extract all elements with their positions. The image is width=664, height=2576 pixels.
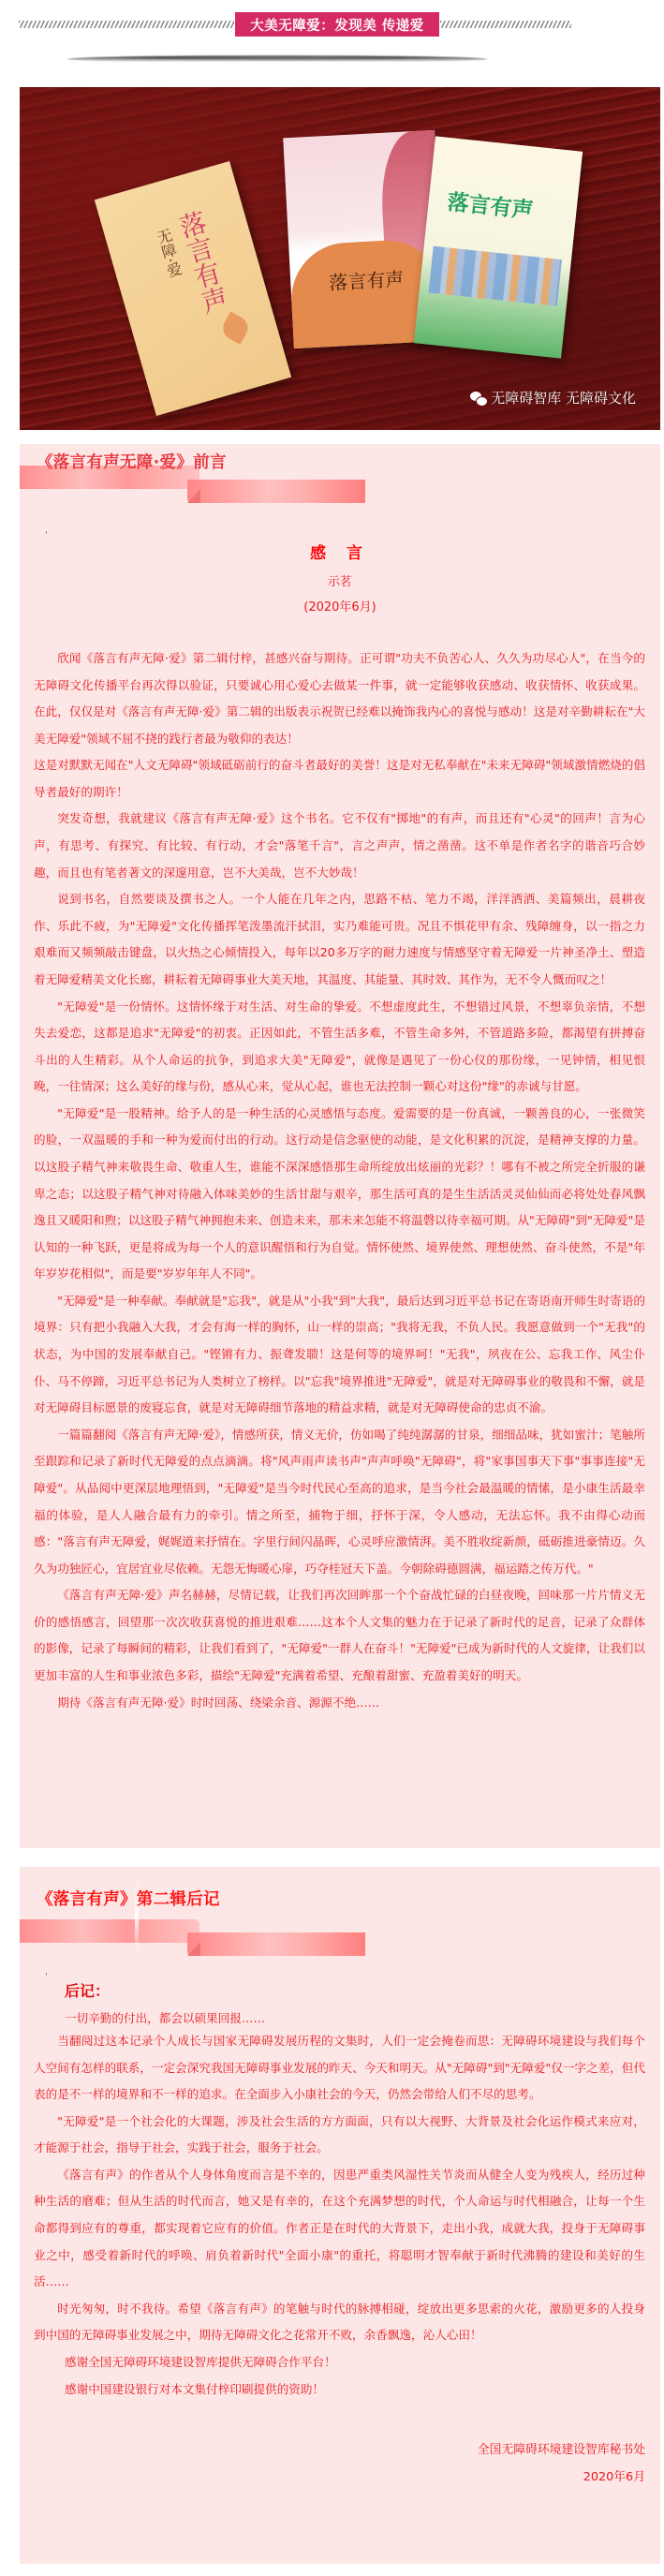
- thanks-line: 感谢全国无障碍环境建设智库提供无障碍合作平台！: [65, 2349, 660, 2376]
- banner-label: 大美无障爱：发现美 传递爱: [235, 12, 439, 37]
- paragraph: 当翻阅过这本记录个人成长与国家无障碍发展历程的文集时，人们一定会掩卷而思：无障碍…: [34, 2028, 645, 2109]
- ribbon-decoration: [20, 1919, 199, 1943]
- watermark-text: 无障碍智库 无障碍文化: [491, 388, 636, 407]
- paragraph: "无障爱"是一份情怀。这情怀缘于对生活、对生命的挚爱。不想虚度此生，不想错过风景…: [34, 994, 645, 1101]
- watermark: 无障碍智库 无障碍文化: [470, 388, 636, 407]
- maple-leaf-icon: [219, 311, 252, 344]
- paragraph: 《落言有声无障·爱》声名赫赫，尽情记载，让我们再次回眸那一个个奋战忙碌的白昼夜晚…: [34, 1582, 645, 1689]
- preface-title: 感 言: [20, 540, 660, 563]
- wechat-icon: [470, 392, 487, 405]
- top-banner: 大美无障爱：发现美 传递爱: [0, 11, 664, 39]
- book-cover-3: 落言有声: [414, 136, 583, 358]
- paragraph: "无障爱"是一种奉献。奉献就是"忘我"，就是从"小我"到"大我"，最后达到习近平…: [34, 1288, 645, 1422]
- preface-date: (2020年6月): [20, 597, 660, 614]
- preface-heading-block: 感 言 示茗 (2020年6月): [20, 540, 660, 614]
- paragraph: 突发奇想，我就建议《落言有声无障·爱》这个书名。它不仅有"掷地"的有声，而且还有…: [34, 806, 645, 886]
- preface-body: 欣闻《落言有声无障·爱》第二辑付梓，甚感兴奋与期待。正可谓"功夫不负苦心人、久久…: [20, 645, 660, 1716]
- paragraph: 时光匆匆，时不我待。希望《落言有声》的笔触与时代的脉搏相碰，绽放出更多思索的火花…: [34, 2296, 645, 2349]
- paragraph: "无障爱"是一个社会化的大课题，涉及社会生活的方方面面，只有以大视野、大背景及社…: [34, 2109, 645, 2162]
- book-cover-1: 落言有声 无障·爱: [95, 161, 291, 416]
- paragraph: 这是对默默无闻在"人文无障碍"领域砥砺前行的奋斗者最好的美誉！这是对无私奉献在"…: [34, 752, 645, 806]
- shadow-divider: [67, 55, 487, 63]
- afterword-section-title: 《落言有声》第二辑后记: [37, 1887, 220, 1910]
- afterword-lead: 一切辛勤的付出，都会以硕果回报……: [65, 2008, 660, 2026]
- ribbon-decoration-tail: [187, 480, 365, 503]
- books-photo: 落言有声 无障·爱 落言有声 落言有声 无障碍智库 无障碍文化: [20, 87, 660, 430]
- thanks-line: 感谢中国建设银行对本文集付梓印刷提供的资助！: [65, 2376, 660, 2404]
- afterword-title: 后记：: [65, 1979, 660, 2001]
- city-illustration: [429, 246, 562, 306]
- preface-section-header: 《落言有声无障·爱》前言: [20, 444, 660, 519]
- preface-author: 示茗: [20, 571, 660, 589]
- afterword-section-header: 《落言有声》第二辑后记: [20, 1867, 660, 1970]
- hatch-decoration-right: [440, 21, 571, 28]
- ribbon-decoration-tail: [187, 1932, 365, 1956]
- hatch-decoration-left: [19, 21, 234, 28]
- paragraph: "无障爱"是一股精神。给予人的是一种生活的心灵感悟与态度。爱需要的是一份真诚，一…: [34, 1101, 645, 1288]
- paragraph: 《落言有声》的作者从个人身体角度而言是不幸的，因患严重类风湿性关节炎而从健全人变…: [34, 2162, 645, 2296]
- paragraph: 说到书名，自然要谈及撰书之人。一个人能在几年之内，思路不枯、笔力不竭，洋洋洒洒、…: [34, 886, 645, 993]
- paragraph: 一篇篇翻阅《落言有声无障·爱》，情感所获，情义无价，仿如喝了纯纯潺潺的甘泉，细细…: [34, 1422, 645, 1582]
- signature-block: 全国无障碍环境建设智库秘书处 2020年6月: [20, 2436, 660, 2491]
- signature-date: 2020年6月: [20, 2464, 645, 2491]
- signature-org: 全国无障碍环境建设智库秘书处: [20, 2436, 645, 2464]
- afterword-panel: 《落言有声》第二辑后记 ' 后记： 一切辛勤的付出，都会以硕果回报…… 当翻阅过…: [20, 1867, 660, 2564]
- paragraph: 期待《落言有声无障·爱》时时回荡、绕梁余音、源源不绝……: [34, 1690, 645, 1717]
- paragraph: 欣闻《落言有声无障·爱》第二辑付梓，甚感兴奋与期待。正可谓"功夫不负苦心人、久久…: [34, 645, 645, 752]
- afterword-body: 当翻阅过这本记录个人成长与国家无障碍发展历程的文集时，人们一定会掩卷而思：无障碍…: [20, 2028, 660, 2349]
- tick-mark: ': [45, 530, 48, 540]
- book-3-title: 落言有声: [446, 185, 535, 224]
- thanks-block: 感谢全国无障碍环境建设智库提供无障碍合作平台！ 感谢中国建设银行对本文集付梓印刷…: [20, 2349, 660, 2403]
- preface-panel: 《落言有声无障·爱》前言 ' 感 言 示茗 (2020年6月) 欣闻《落言有声无…: [20, 444, 660, 1848]
- preface-section-title: 《落言有声无障·爱》前言: [37, 450, 227, 473]
- tick-mark: ': [45, 1972, 48, 1982]
